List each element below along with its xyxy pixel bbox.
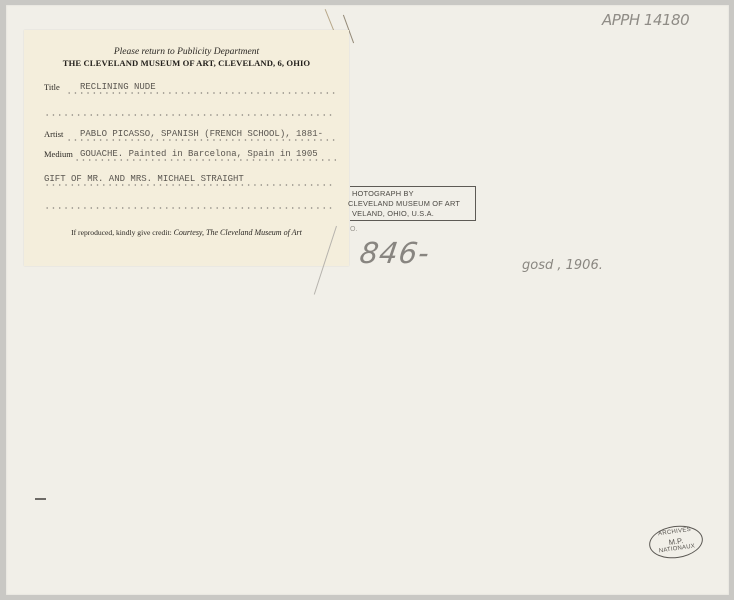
field-blank [44,195,336,209]
publicity-label-card: Please return to Publicity Department TH… [24,30,349,266]
handwritten-reference: APPH 14180 [602,11,689,29]
field-title: Title RECLINING NUDE [44,80,336,94]
card-museum-header: THE CLEVELAND MUSEUM OF ART, CLEVELAND, … [24,58,349,68]
field-medium: Medium GOUACHE. Painted in Barcelona, Sp… [44,147,336,161]
field-title-continued [44,102,336,116]
pencil-mark [35,498,46,500]
field-artist: Artist PABLO PICASSO, SPANISH (FRENCH SC… [44,127,336,141]
handwritten-date-note: gosd , 1906. [522,258,603,273]
photograph-by-stamp: HOTOGRAPH BY CLEVELAND MUSEUM OF ART VEL… [350,186,476,221]
field-gift: GIFT OF MR. AND MRS. MICHAEL STRAIGHT [44,172,336,186]
handwritten-catalog-number: 846- [358,236,433,270]
card-return-notice: Please return to Publicity Department [24,47,349,57]
credit-line: If reproduced, kindly give credit: Court… [24,228,349,237]
